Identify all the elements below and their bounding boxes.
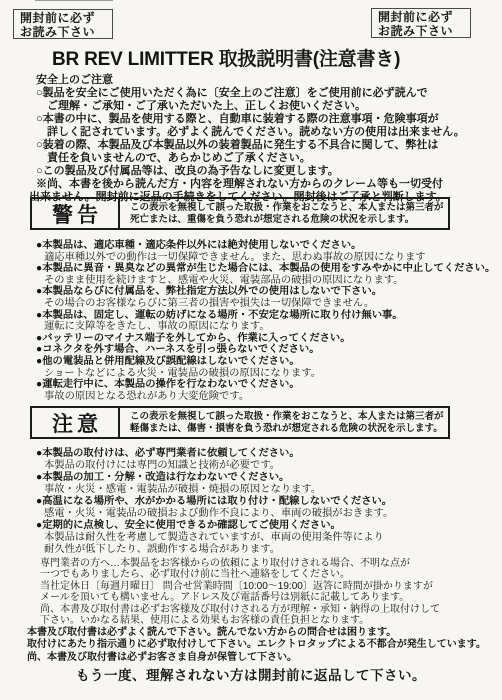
caution-item-body: 本製品は耐久性を考慮して製造されていますが、車両の使用条件等により (36, 532, 496, 544)
warning-item-body: その場合のお客様ならびに第三者の損害や損失は一切保障できません。 (36, 298, 496, 310)
final-note-line: 尚、本書及び取付書は必ずお客さま自身が保管して下さい。 (27, 652, 495, 664)
warning-item-head: ●運転走行中に、本製品の操作を行なわないでください。 (36, 379, 496, 391)
warning-item-body: 運転に支障等をきたし、事故の原因になります。 (36, 321, 496, 333)
safety-intro-section: 安全上のご注意 ○製品を安全にご使用いただく為に〔安全上のご注意〕をご使用前に必… (36, 74, 492, 204)
warning-item-head: ●本製品は、固定し、運転の妨げになる場所・不安定な場所に取り付け無い事。 (36, 310, 496, 322)
read-before-opening-box-right: 開封前に必ず お読み下さい (371, 8, 471, 38)
caution-item-body: 事故・火災・感電・電装品が破損・焼損の原因となります。 (36, 484, 496, 496)
caution-item-head: ●高温になる場所や、水がかかる場所には取り付け・配線しないでください。 (36, 496, 496, 508)
caution-description-line2: 軽傷または、傷害・損害を負う恐れが想定される危険の状況を示します。 (130, 423, 448, 435)
notice-text-line2: お読み下さい (378, 24, 470, 38)
warning-item-head: ●本製品に異音・異臭などの異常が生じた場合には、本製品の使用をすみやかに中止して… (36, 263, 496, 275)
caution-header-box: 注意 この表示を無視して誤った取扱・作業をおこなうと、本人または第三者が 軽傷ま… (30, 406, 450, 439)
warning-item-head: ●本製品ならびに付属品を、弊社指定方法以外での使用はしないで下さい。 (36, 286, 496, 298)
warning-item-head: ●他の電装品と併用配線及び誤配線はしないでください。 (36, 356, 496, 368)
caution-item-head: ●定期的に点検し、安全に使用できるか確認してご使用ください。 (36, 520, 496, 532)
warning-items-section: ●本製品は、適応車種・適応条件以外には絶対使用しないでください。 適応車種以外で… (36, 240, 496, 402)
warning-label: 警告 (32, 199, 120, 228)
caution-item-body: 感電・火災・電装品の破損および動作不良により、車両の破損がおきます。 (36, 508, 496, 520)
caution-label: 注意 (32, 408, 120, 437)
notice-text-line1: 開封前に必ず (378, 10, 470, 24)
safety-intro-heading: 安全上のご注意 (36, 74, 492, 87)
notice-text-line1: 開封前に必ず (20, 11, 112, 25)
caution-item-body: 耐久性が低下したり、誤動作する場合があります。 (36, 544, 496, 556)
warning-item-head: ●コネクタを外す場合、ハーネスを引っ張らないでください。 (36, 344, 496, 356)
caution-item-body: 本製品の取付けには専門の知識と技術が必要です。 (36, 460, 496, 472)
warning-item-body: そのまま使用を続けますと、感電や火災、電装部品の破損の原因になります。 (36, 275, 496, 287)
intro-line: ○装着の際、本製品及び本製品以外の装着製品に発生する不具合に関して、弊社は (36, 139, 492, 152)
warning-item-body: ショートなどによる火災・電装品の破損の原因になります。 (36, 368, 496, 380)
caution-description-line1: この表示を無視して誤った取扱・作業をおこなうと、本人または第三者が (130, 411, 448, 423)
caution-description: この表示を無視して誤った取扱・作業をおこなうと、本人または第三者が 軽傷または、… (120, 408, 448, 437)
final-note-section: 本書及び取付書は必ずよく読んで下さい。読んでない方からの問合せは困ります。 取付… (27, 627, 495, 664)
warning-item-body: 事故の原因となる恐れがあり大変危険です。 (36, 391, 496, 403)
warning-header-box: 警告 この表示を無視して誤った取扱・作業をおこなうと、本人または第三者が 死亡ま… (30, 197, 450, 230)
warning-item-head: ●本製品は、適応車種・適応条件以外には絶対使用しないでください。 (36, 240, 496, 252)
caution-items-section: ●本製品の取付けは、必ず専門業者に依頼してください。 本製品の取付けには専門の知… (36, 448, 496, 556)
scan-artifact-line (35, 0, 113, 1)
final-note-line: 本書及び取付書は必ずよく読んで下さい。読んでない方からの問合せは困ります。 (27, 627, 495, 639)
page-title: BR REV LIMITTER 取扱説明書(注意書き) (52, 44, 400, 71)
installer-note-line: メールを頂いても構いません。アドレス及び電話番号は別紙に記載してあります。 (40, 592, 490, 603)
warning-description-line1: この表示を無視して誤った取扱・作業をおこなうと、本人または第三者が (130, 202, 448, 214)
final-note-line: 取付けにあたり指示通りに必ず取付けして下さい。エレクトロタップによる不都合が発生… (27, 639, 495, 651)
intro-line: 詳しく記されています。必ずよく読んでください。読めない方の使用は出来ません。 (36, 126, 492, 139)
intro-line: ※尚、本書を後から読んだ方・内容を理解されない方からのクレーム等も一切受付 (36, 178, 492, 191)
installer-note-line: 下さい。いかなる結果、使用による効果もお客様の責任負担となります。 (40, 615, 490, 626)
instruction-manual-page: 開封前に必ず お読み下さい 開封前に必ず お読み下さい BR REV LIMIT… (0, 0, 502, 700)
intro-line: ○製品を安全にご使用いただく為に〔安全上のご注意〕をご使用前に必ず読んで (36, 87, 492, 100)
return-before-opening-footer: もう一度、理解されない方は開封前に返品して下さい。 (0, 664, 502, 684)
intro-line: ○この製品及び付属品等は、改良の為予告なしに変更します。 (36, 165, 492, 178)
installer-note-line: 専門業者の方へ…本製品をお客様からの依頼により取付けされる場合、不明な点が (40, 558, 490, 569)
installer-note-line: 一つでもありましたら、必ず取付け前に当社へ連絡をしてください。 (40, 569, 490, 580)
caution-item-head: ●本製品の加工・分解・改造は行なわないでください。 (36, 472, 496, 484)
intro-line: 責任を負いませんので、あらかじめご了承ください。 (36, 152, 492, 165)
caution-item-head: ●本製品の取付けは、必ず専門業者に依頼してください。 (36, 448, 496, 460)
intro-line: ○本書の中に、製品を使用する際と、自動車に装着する際の注意事項・危険事項が (36, 113, 492, 126)
warning-description: この表示を無視して誤った取扱・作業をおこなうと、本人または第三者が 死亡または、… (120, 199, 448, 228)
warning-item-body: 適応車種以外での動作は一切保障できません。また、思わぬ事故の原因になります (36, 252, 496, 264)
warning-item-head: ●バッテリーのマイナス端子を外してから、作業に入ってください。 (36, 333, 496, 345)
installer-note-section: 専門業者の方へ…本製品をお客様からの依頼により取付けされる場合、不明な点が 一つ… (40, 558, 490, 626)
read-before-opening-box-left: 開封前に必ず お読み下さい (13, 9, 113, 39)
warning-description-line2: 死亡または、重傷を負う恐れが想定される危険の状況を示します。 (130, 214, 448, 226)
intro-line: ご理解・ご承知・ご了承いただいた上、正しくお使いください。 (36, 100, 492, 113)
installer-note-line: 当社定休日〔毎週月曜日〕 問合せ営業時間〔10:00～19:00〕返答に時間が掛… (40, 581, 490, 592)
notice-text-line2: お読み下さい (20, 25, 112, 39)
installer-note-line: 尚、本書及び取付書は必ずお客様及び取付けされる方が理解・承知・納得の上取付けして (40, 604, 490, 615)
